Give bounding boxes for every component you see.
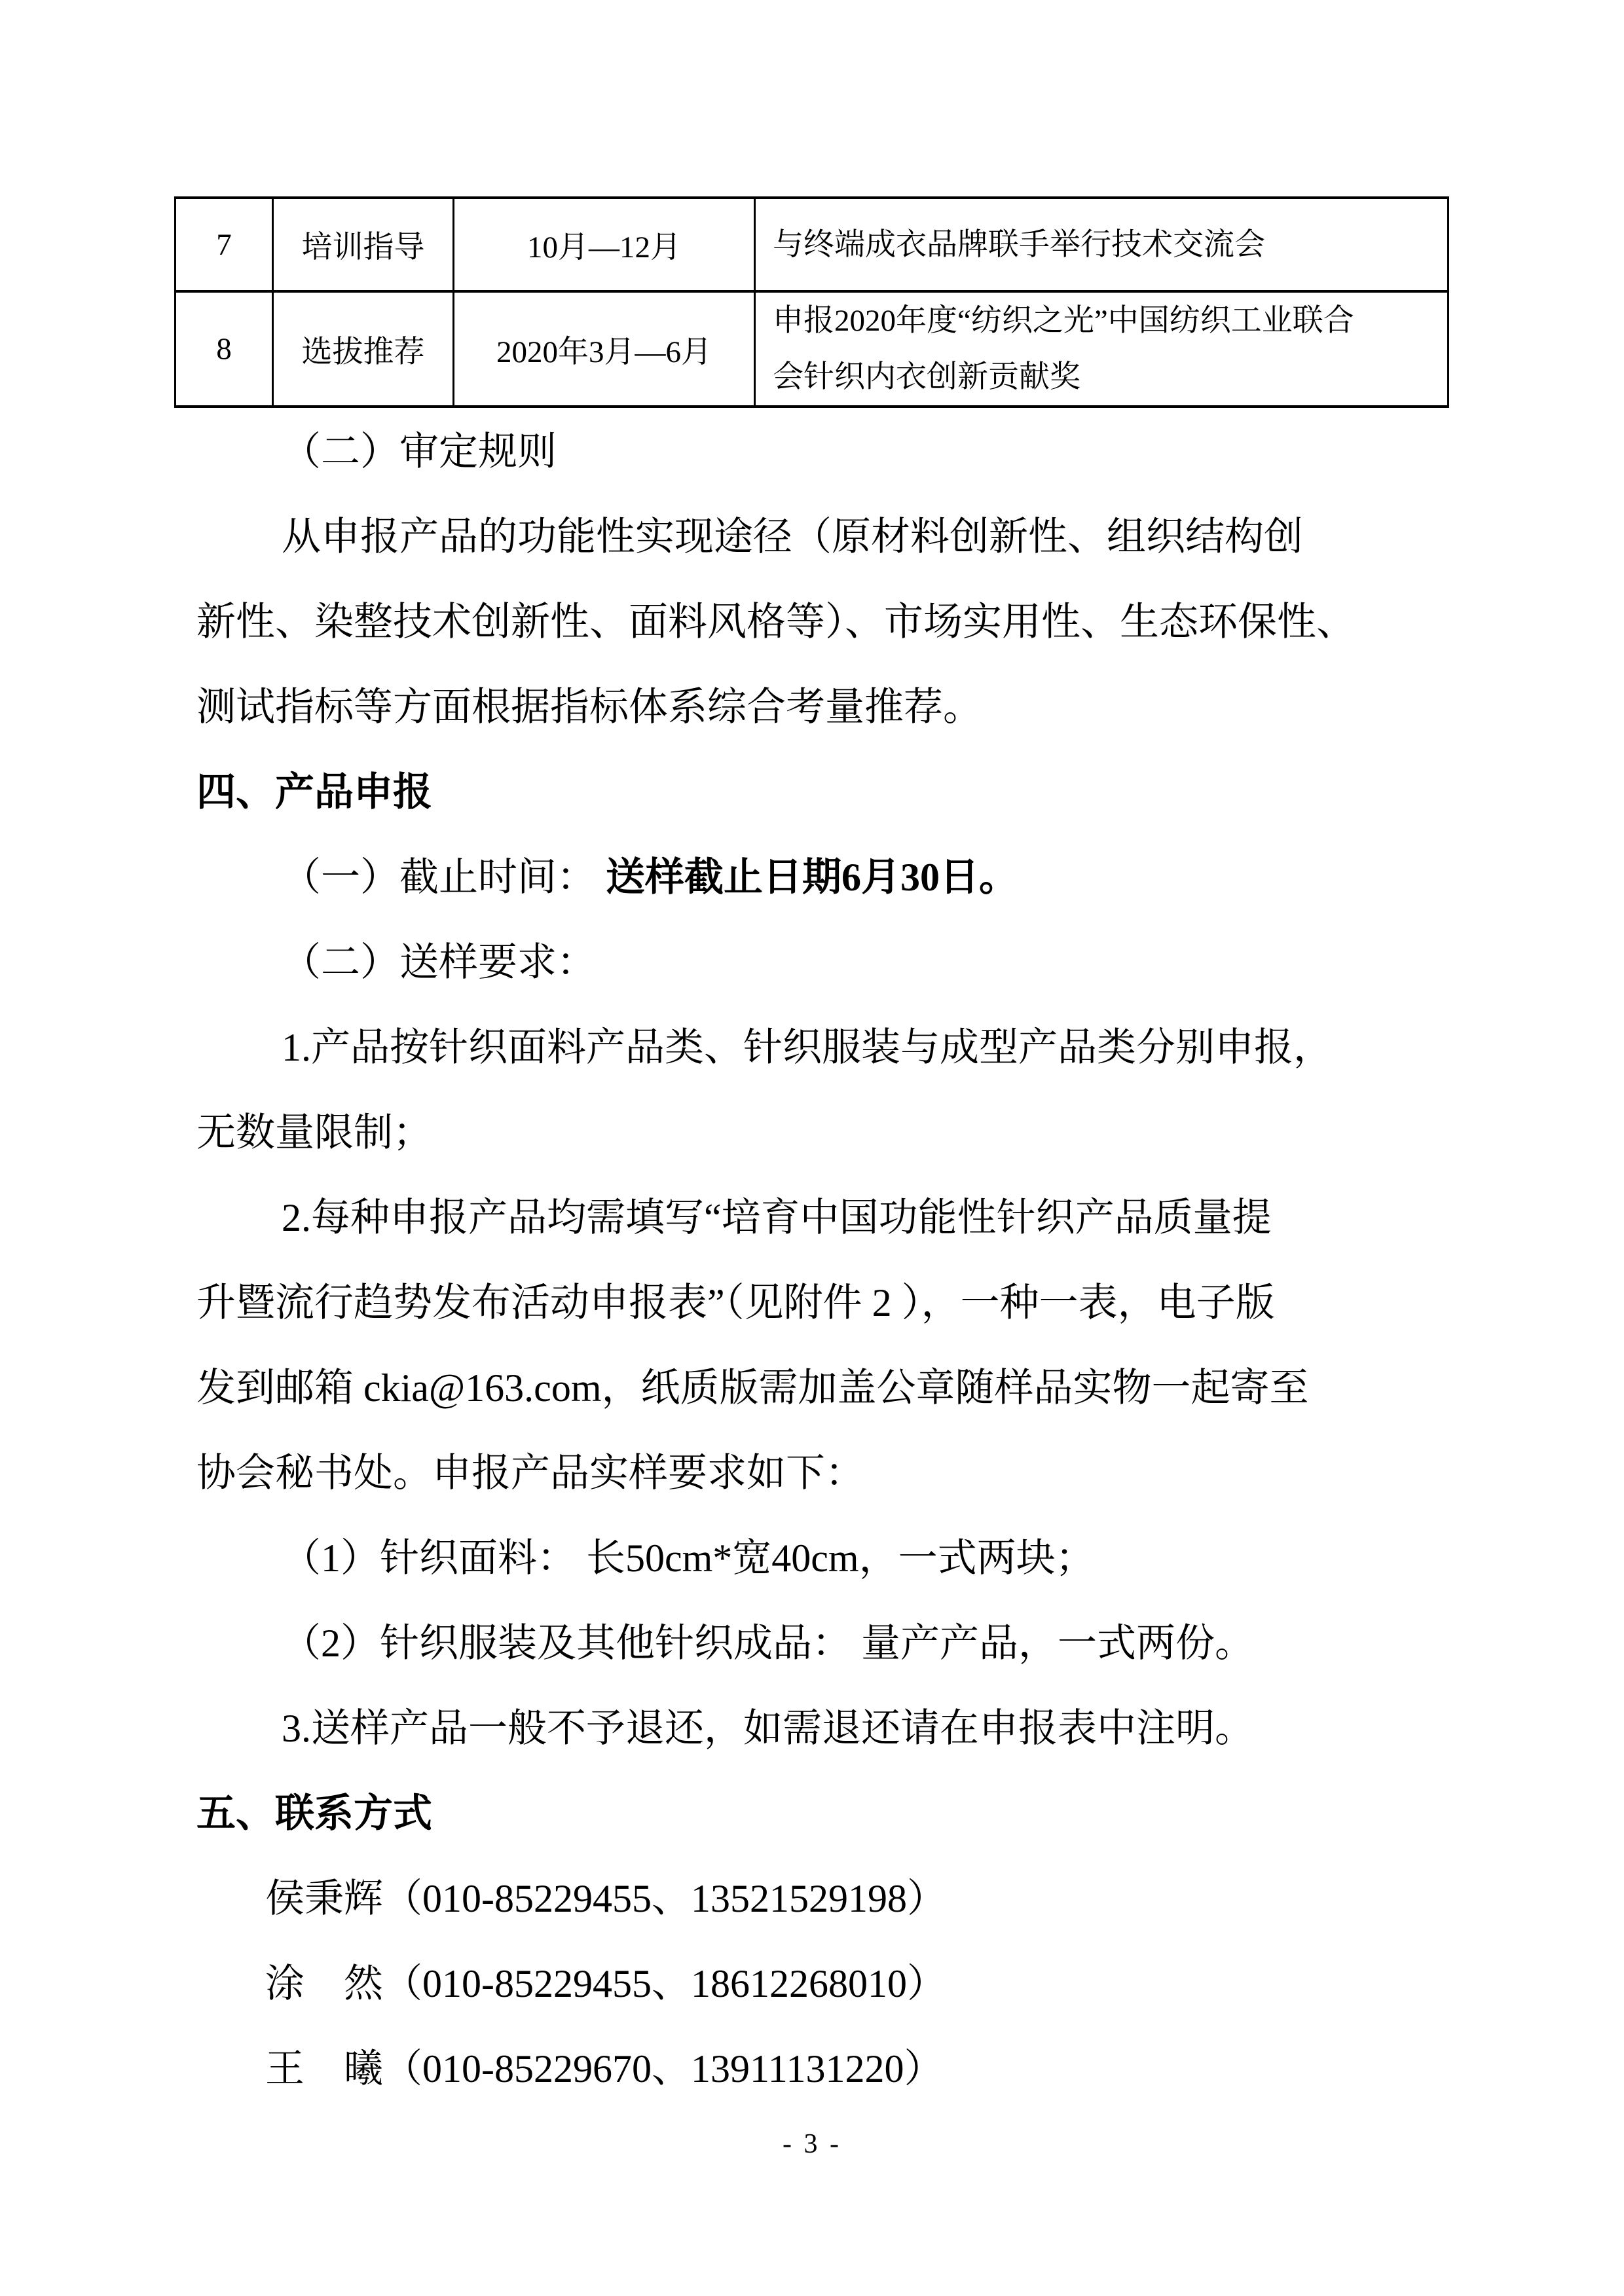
subheading-sample-requirements: （二）送样要求： (196, 920, 1454, 1005)
stage-cell: 培训指导 (273, 198, 454, 291)
deadline-label: （一）截止时间： (282, 856, 606, 899)
deadline-line: （一）截止时间： 送样截止日期6月30日。 (196, 835, 1454, 920)
time-cell: 2020年3月—6月 (454, 291, 755, 407)
para-line: 从申报产品的功能性实现途径（原材料创新性、组织结构创 (196, 494, 1454, 579)
contact-line: 涂 然（010-85229455、18612268010） (196, 1941, 1454, 2026)
section-heading-contact: 五、联系方式 (196, 1771, 1454, 1856)
row-number-cell: 8 (175, 291, 273, 407)
content-cell-line1: 申报2020年度“纺织之光”中国纺织工业联合 (773, 293, 1439, 349)
content-cell: 申报2020年度“纺织之光”中国纺织工业联合 会针织内衣创新贡献奖 (755, 291, 1449, 407)
table-row: 7 培训指导 10月—12月 与终端成衣品牌联手举行技术交流会 (175, 198, 1449, 291)
para-line: 3.送样产品一般不予退还，如需退还请在申报表中注明。 (196, 1686, 1454, 1771)
content-cell: 与终端成衣品牌联手举行技术交流会 (755, 198, 1449, 291)
table-row: 8 选拔推荐 2020年3月—6月 申报2020年度“纺织之光”中国纺织工业联合… (175, 291, 1449, 407)
para-line: 1.产品按针织面料产品类、针织服装与成型产品类分别申报， (196, 1005, 1454, 1090)
para-line: （2）针织服装及其他针织成品： 量产产品，一式两份。 (196, 1601, 1454, 1686)
document-page: 7 培训指导 10月—12月 与终端成衣品牌联手举行技术交流会 8 选拔推荐 2… (0, 0, 1624, 2296)
content-cell-line2: 会针织内衣创新贡献奖 (773, 349, 1439, 405)
time-cell: 10月—12月 (454, 198, 755, 291)
para-line: 升暨流行趋势发布活动申报表”（见附件 2 ），一种一表，电子版 (196, 1260, 1454, 1345)
schedule-table: 7 培训指导 10月—12月 与终端成衣品牌联手举行技术交流会 8 选拔推荐 2… (174, 196, 1449, 408)
deadline-value: 送样截止日期6月30日。 (606, 856, 1018, 899)
para-line: 新性、染整技术创新性、面料风格等）、市场实用性、生态环保性、 (196, 579, 1454, 665)
contact-line: 王 曦（010-85229670、13911131220） (196, 2026, 1454, 2111)
para-line: 协会秘书处。申报产品实样要求如下： (196, 1430, 1454, 1516)
subheading-review-rules: （二）审定规则 (196, 409, 1454, 494)
stage-cell: 选拔推荐 (273, 291, 454, 407)
row-number-cell: 7 (175, 198, 273, 291)
para-line: 2.每种申报产品均需填写“培育中国功能性针织产品质量提 (196, 1175, 1454, 1260)
para-line: 测试指标等方面根据指标体系综合考量推荐。 (196, 665, 1454, 750)
para-line: 无数量限制； (196, 1090, 1454, 1175)
page-number: - 3 - (0, 2123, 1624, 2165)
contact-line: 侯秉辉（010-85229455、13521529198） (196, 1856, 1454, 1941)
para-line-email: 发到邮箱 ckia@163.com，纸质版需加盖公章随样品实物一起寄至 (196, 1345, 1454, 1430)
content-cell-text: 与终端成衣品牌联手举行技术交流会 (773, 217, 1439, 273)
document-body: （二）审定规则 从申报产品的功能性实现途径（原材料创新性、组织结构创 新性、染整… (196, 409, 1454, 2111)
section-heading-product-declaration: 四、产品申报 (196, 750, 1454, 835)
para-line: （1）针织面料： 长50cm*宽40cm，一式两块； (196, 1516, 1454, 1601)
